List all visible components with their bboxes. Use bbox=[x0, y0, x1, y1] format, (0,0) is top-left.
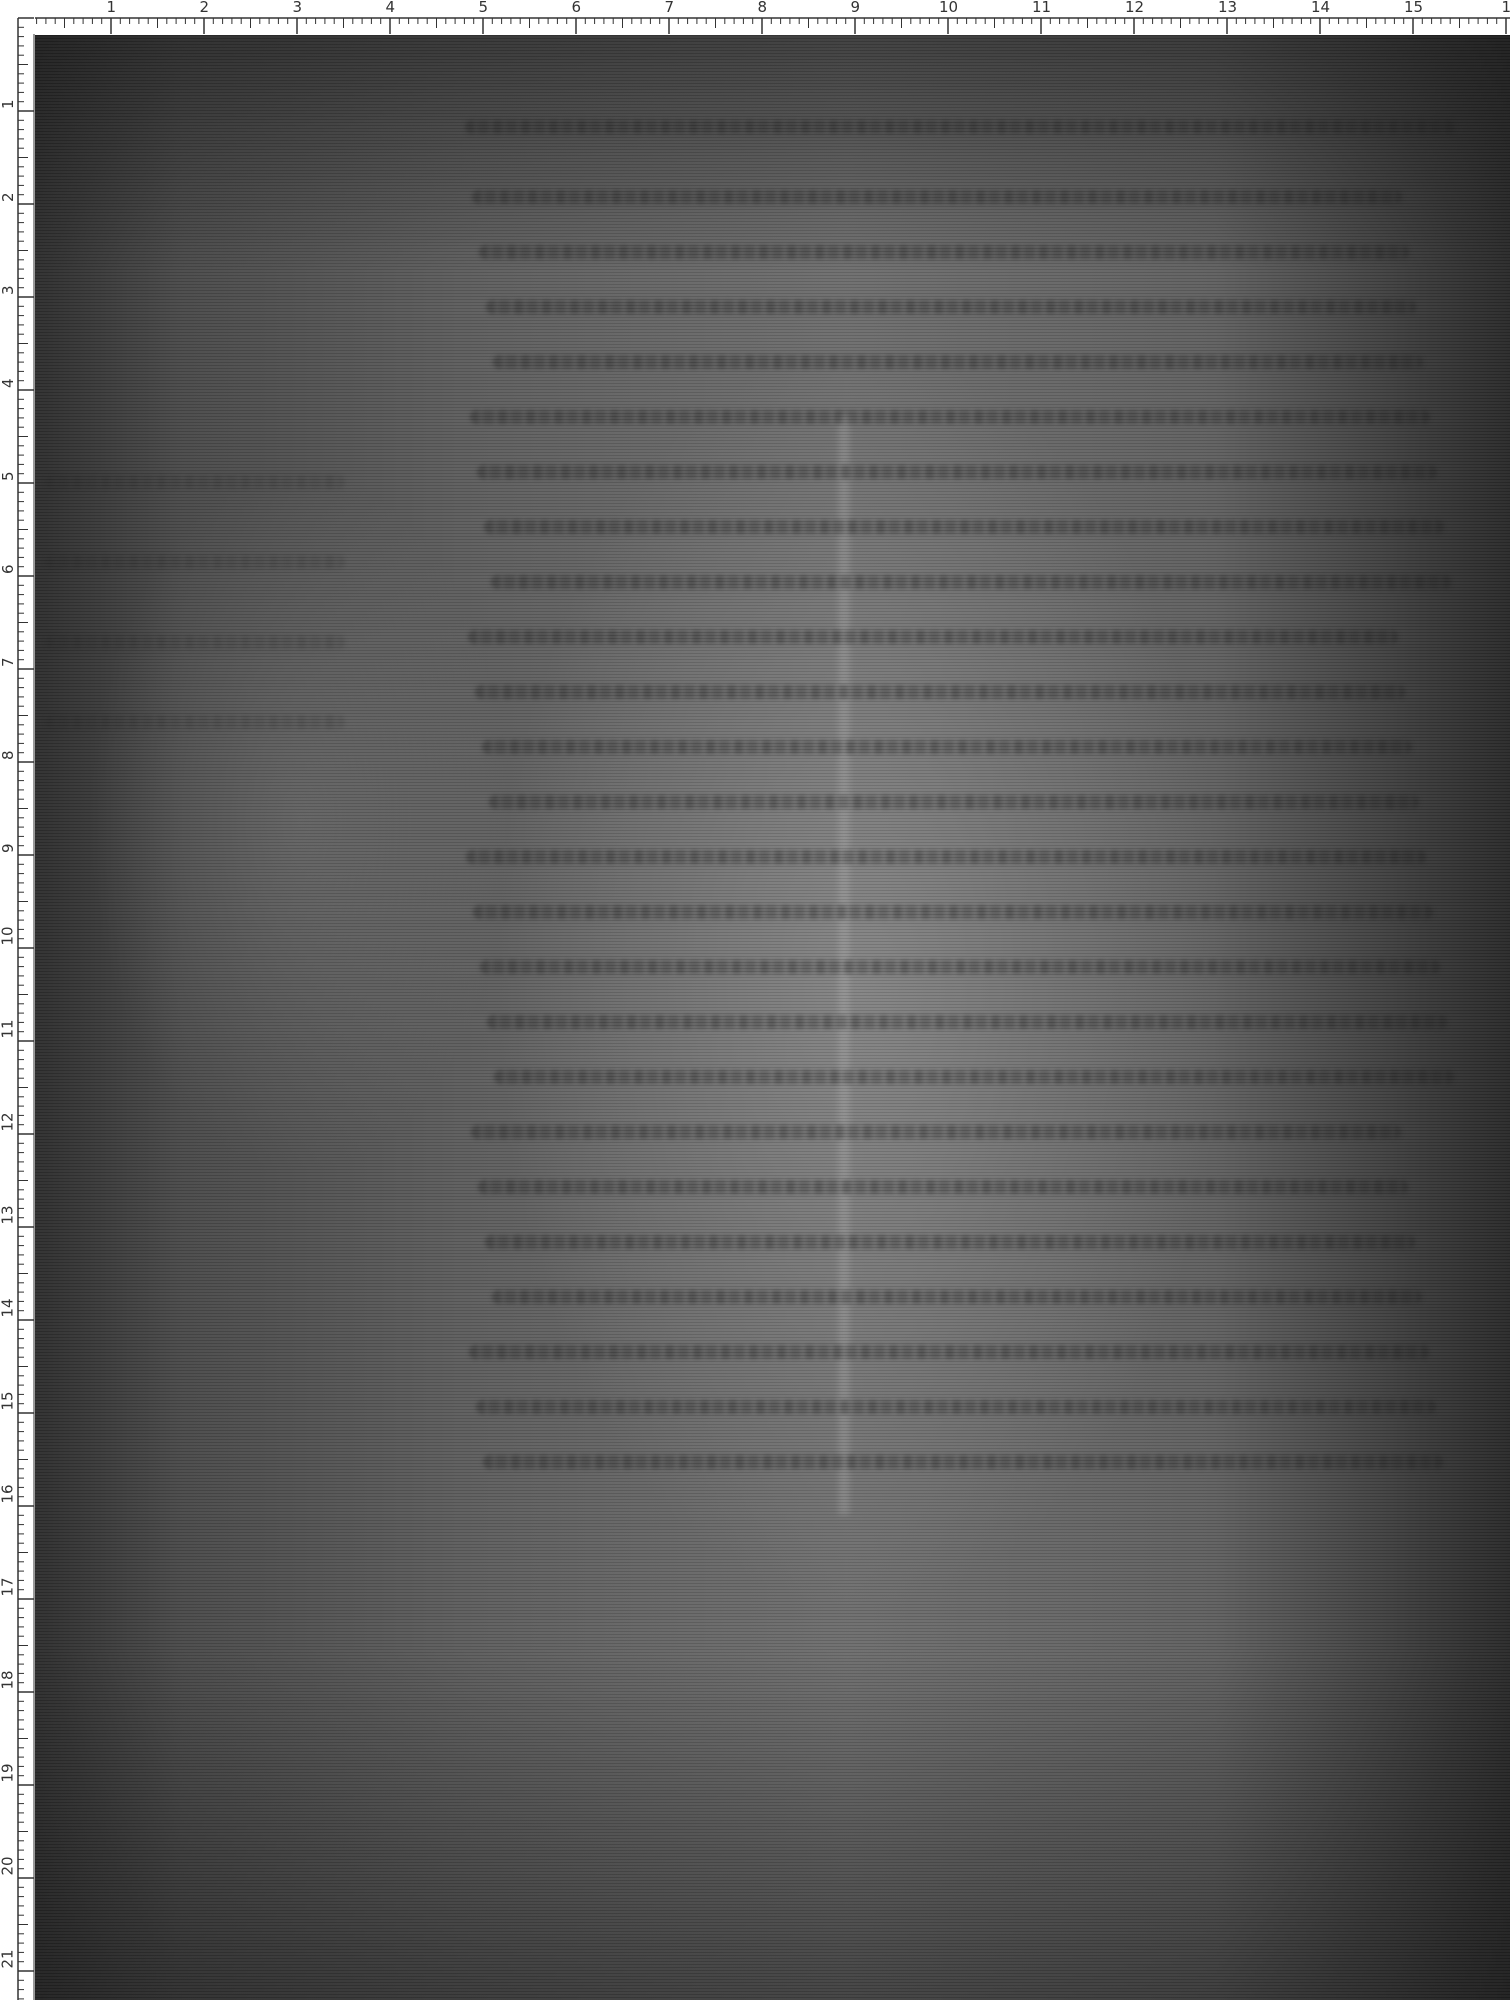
horizontal-ruler-label: 11 bbox=[1032, 0, 1051, 15]
faint-text-line bbox=[479, 245, 1409, 259]
horizontal-ruler-label: 3 bbox=[293, 0, 303, 15]
faint-text-line bbox=[472, 190, 1402, 204]
vertical-ruler-label: 15 bbox=[1, 1393, 16, 1411]
faint-text-line bbox=[476, 1400, 1436, 1414]
faint-text-line bbox=[485, 1235, 1415, 1249]
horizontal-ruler-label: 8 bbox=[758, 0, 768, 15]
horizontal-ruler-label: 1 bbox=[1502, 0, 1510, 15]
faint-text-line bbox=[482, 740, 1412, 754]
faint-text-line bbox=[494, 1070, 1454, 1084]
vertical-ruler-label: 2 bbox=[1, 193, 16, 202]
horizontal-ruler-label: 1 bbox=[107, 0, 117, 15]
faint-text-line bbox=[469, 1345, 1429, 1359]
faint-text-line bbox=[493, 355, 1423, 369]
vertical-ruler-label: 17 bbox=[1, 1579, 16, 1597]
faint-text-line bbox=[465, 120, 1455, 134]
vertical-ruler-label: 16 bbox=[1, 1486, 16, 1504]
vertical-ruler: 123456789101112131415161718192021 bbox=[0, 0, 35, 2000]
vertical-ruler-label: 5 bbox=[1, 472, 16, 481]
horizontal-ruler-label: 6 bbox=[572, 0, 582, 15]
horizontal-ruler-ticks bbox=[0, 0, 1510, 35]
horizontal-ruler-label: 15 bbox=[1404, 0, 1423, 15]
horizontal-ruler-label: 4 bbox=[386, 0, 396, 15]
faint-text-line bbox=[478, 1180, 1408, 1194]
horizontal-ruler-label: 9 bbox=[851, 0, 861, 15]
horizontal-ruler-label: 13 bbox=[1218, 0, 1237, 15]
vertical-ruler-label: 19 bbox=[1, 1765, 16, 1783]
faint-text-line bbox=[470, 410, 1430, 424]
faint-text-line bbox=[475, 685, 1405, 699]
faint-undertext-line bbox=[45, 555, 345, 569]
vertical-ruler-label: 20 bbox=[1, 1858, 16, 1876]
faint-text-line bbox=[487, 1015, 1447, 1029]
faint-text-line bbox=[483, 1455, 1443, 1469]
faint-text-line bbox=[477, 465, 1437, 479]
faint-undertext-line bbox=[45, 715, 345, 729]
vertical-ruler-label: 12 bbox=[1, 1114, 16, 1132]
vertical-ruler-label: 13 bbox=[1, 1207, 16, 1225]
horizontal-ruler-label: 2 bbox=[200, 0, 210, 15]
faint-text-line bbox=[486, 300, 1416, 314]
vertical-ruler-label: 6 bbox=[1, 565, 16, 574]
faint-text-line bbox=[491, 575, 1451, 589]
vertical-ruler-label: 8 bbox=[1, 751, 16, 760]
horizontal-ruler: 01234567891011121314151 bbox=[0, 0, 1510, 35]
vertical-ruler-label: 9 bbox=[1, 844, 16, 853]
manuscript-scan-image bbox=[35, 35, 1510, 2000]
horizontal-ruler-label: 10 bbox=[939, 0, 958, 15]
vertical-ruler-label: 3 bbox=[1, 286, 16, 295]
faint-undertext-line bbox=[45, 635, 345, 649]
fold-seam bbox=[835, 415, 853, 1515]
faint-text-line bbox=[489, 795, 1419, 809]
vertical-ruler-label: 1 bbox=[1, 100, 16, 109]
faint-text-line bbox=[473, 905, 1433, 919]
vertical-ruler-label: 4 bbox=[1, 379, 16, 388]
horizontal-ruler-label: 14 bbox=[1311, 0, 1330, 15]
vertical-ruler-label: 7 bbox=[1, 658, 16, 667]
horizontal-ruler-label: 12 bbox=[1125, 0, 1144, 15]
vertical-ruler-label: 11 bbox=[1, 1021, 16, 1039]
horizontal-ruler-label: 7 bbox=[665, 0, 675, 15]
vertical-ruler-label: 14 bbox=[1, 1300, 16, 1318]
vertical-ruler-label: 21 bbox=[1, 1951, 16, 1969]
faint-text-line bbox=[480, 960, 1440, 974]
faint-undertext-line bbox=[45, 475, 345, 489]
vertical-ruler-ticks bbox=[0, 0, 35, 2000]
faint-text-line bbox=[484, 520, 1444, 534]
faint-text-line bbox=[492, 1290, 1422, 1304]
faint-text-line bbox=[466, 850, 1426, 864]
horizontal-ruler-label: 5 bbox=[479, 0, 489, 15]
faint-text-line bbox=[468, 630, 1398, 644]
vertical-ruler-label: 10 bbox=[1, 928, 16, 946]
faint-text-line bbox=[471, 1125, 1401, 1139]
vertical-ruler-label: 18 bbox=[1, 1672, 16, 1690]
